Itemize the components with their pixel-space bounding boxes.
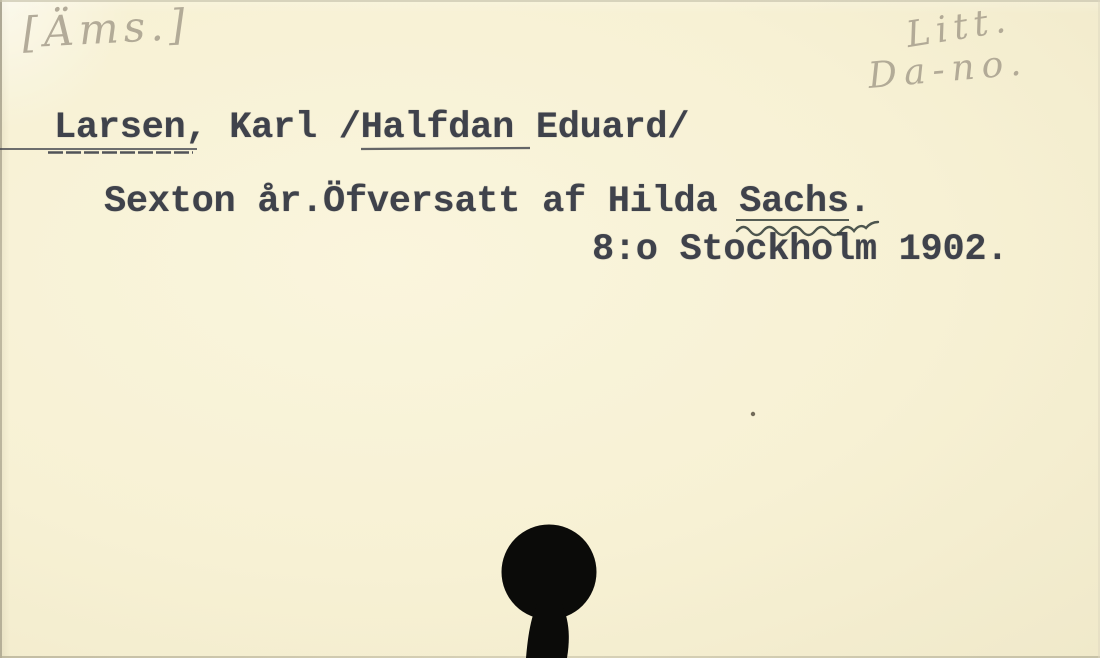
- title-line: Sexton år.Öfversatt af Hilda Sachs.: [104, 184, 871, 221]
- keyhole-punch-hole: [0, 0, 1100, 658]
- pencil-annotation-top-left: [Äms.]: [21, 4, 191, 55]
- author-heading-line: Larsen, Karl /Halfdan Eduard/: [54, 110, 689, 147]
- keyhole-shape: [502, 525, 597, 658]
- card-edge-left: [0, 0, 2, 658]
- imprint-line: 8:o Stockholm 1902.: [592, 232, 1008, 269]
- ink-speck: [751, 412, 755, 416]
- pencil-annotation-da-no: Da-no.: [867, 45, 1030, 95]
- catalog-card-scan: [Äms.] Litt. Da-no. Larsen, Karl /Halfda…: [0, 0, 1100, 658]
- underline-marks: [0, 0, 1100, 658]
